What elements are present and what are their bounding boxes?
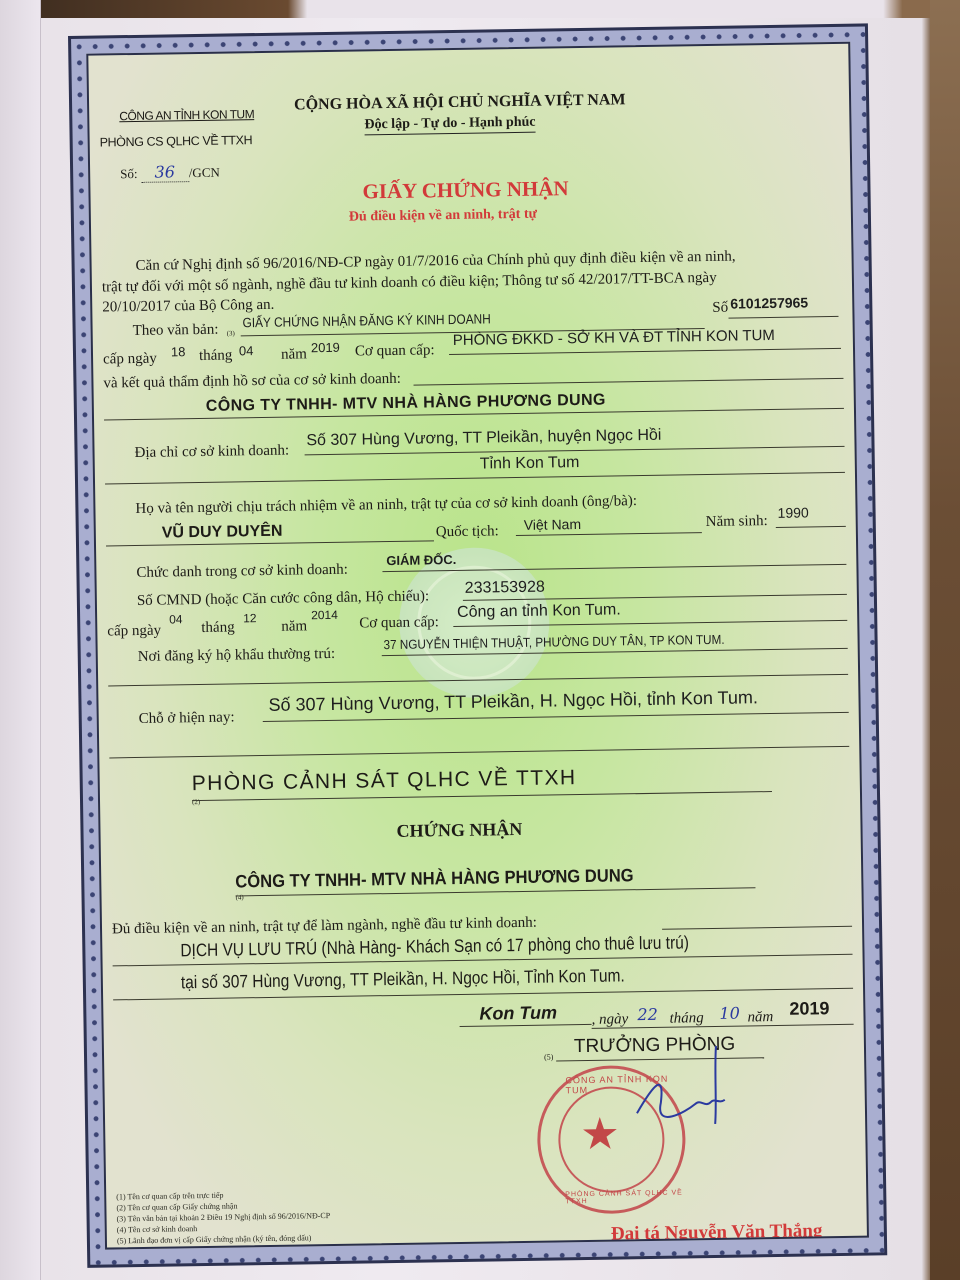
wooden-table-edge xyxy=(930,0,960,1280)
responsible-intro-label: Họ và tên người chịu trách nhiệm về an n… xyxy=(135,493,637,518)
basis-agency-label: Cơ quan cấp: xyxy=(355,342,435,360)
signature-day-label: , ngày xyxy=(591,1011,628,1029)
national-motto: Độc lập - Tự do - Hạnh phúc xyxy=(364,115,535,136)
basis-year-label: năm xyxy=(281,346,307,363)
id-month-label: tháng xyxy=(201,619,235,637)
id-issued-month: 12 xyxy=(243,611,257,625)
id-agency-label: Cơ quan cấp: xyxy=(359,614,439,632)
business-address-line2: Tỉnh Kon Tum xyxy=(480,454,580,474)
id-label: Số CMND (hoặc Căn cước công dân, Hộ chiế… xyxy=(137,588,429,610)
signature-year: 2019 xyxy=(789,998,829,1020)
document-number-value: 36 xyxy=(141,162,189,183)
id-number: 233153928 xyxy=(465,579,545,598)
preamble-line3: 20/10/2017 của Bộ Công an. xyxy=(102,297,274,317)
certificate-document: Mẫu số 01 CÔNG AN TỈNH KON TUM PHÒNG CS … xyxy=(68,23,887,1267)
signature-place: Kon Tum xyxy=(479,1002,557,1024)
certificate-subtitle: Đủ điều kiện về an ninh, trật tự xyxy=(349,207,537,226)
issuer-line1: CÔNG AN TỈNH KON TUM xyxy=(119,107,254,123)
basis-issued-label: cấp ngày xyxy=(103,351,157,369)
basis-issued-month: 04 xyxy=(239,343,254,358)
signature-day: 22 xyxy=(637,1005,658,1024)
basis-label: Theo văn bản: xyxy=(133,322,219,340)
basis-number-value: 6101257965 xyxy=(730,294,808,311)
business-address-label: Địa chỉ cơ sở kinh doanh: xyxy=(134,443,289,462)
position-value: GIÁM ĐỐC. xyxy=(386,552,456,568)
responsible-name: VŨ DUY DUYÊN xyxy=(162,523,283,543)
nationality-label: Quốc tịch: xyxy=(436,523,499,541)
document-number-label: Số: xyxy=(120,166,138,181)
signature-month: 10 xyxy=(719,1004,740,1023)
certified-company: CÔNG TY TNHH- MTV NHÀ HÀNG PHƯƠNG DUNG xyxy=(235,865,634,892)
basis-agency-value: PHÒNG ĐKKD - SỞ KH VÀ ĐT TỈNH KON TUM xyxy=(453,327,775,349)
id-issued-year: 2014 xyxy=(311,608,338,622)
business-line-2: tại số 307 Hùng Vương, TT Pleikần, H. Ng… xyxy=(181,965,625,993)
basis-document-value: GIẤY CHỨNG NHẬN ĐĂNG KÝ KINH DOANH xyxy=(242,311,490,330)
signature-month-label: tháng xyxy=(669,1010,703,1028)
title-note-ref: (5) xyxy=(544,1053,553,1062)
certificate-body: Mẫu số 01 CÔNG AN TỈNH KON TUM PHÒNG CS … xyxy=(86,42,869,1250)
certifying-authority: PHÒNG CẢNH SÁT QLHC VỀ TTXH xyxy=(192,766,577,796)
basis-number-label: Số xyxy=(712,300,728,317)
basis-issued-year: 2019 xyxy=(311,340,340,355)
nationality-value: Việt Nam xyxy=(524,516,582,533)
background-surface xyxy=(0,0,960,18)
basis-month-label: tháng xyxy=(199,347,233,365)
certification-heading: CHỨNG NHẬN xyxy=(396,819,522,842)
basis-note-ref: (3) xyxy=(227,329,235,337)
seal-bottom-text: PHÒNG CẢNH SÁT QLHC VỀ TTXH xyxy=(565,1189,683,1205)
id-issued-day: 04 xyxy=(169,612,183,626)
appraisal-label: và kết quả thẩm định hồ sơ của cơ sở kin… xyxy=(103,371,401,393)
footnotes: (1) Tên cơ quan cấp trên trực tiếp (2) T… xyxy=(116,1188,330,1246)
id-year-label: năm xyxy=(281,618,307,635)
business-address-line1: Số 307 Hùng Vương, TT Pleikần, huyện Ngọ… xyxy=(306,427,661,451)
signature-year-label: năm xyxy=(747,1009,773,1026)
id-issued-label: cấp ngày xyxy=(107,623,161,641)
form-number: Mẫu số 01 xyxy=(796,42,844,43)
current-address-value: Số 307 Hùng Vương, TT Pleikần, H. Ngọc H… xyxy=(268,687,758,716)
document-number-suffix: /GCN xyxy=(189,165,220,180)
certificate-title: GIẤY CHỨNG NHẬN xyxy=(362,176,568,204)
issuer-line2: PHÒNG CS QLHC VỀ TTXH xyxy=(100,133,253,149)
handwritten-signature-icon xyxy=(624,1042,745,1134)
permanent-address-label: Nơi đăng ký hộ khẩu thường trú: xyxy=(138,646,336,666)
position-label: Chức danh trong cơ sở kinh doanh: xyxy=(136,562,348,582)
binder-page-edge xyxy=(0,0,41,1280)
basis-issued-day: 18 xyxy=(171,344,186,359)
current-address-label: Chỗ ở hiện nay: xyxy=(139,709,235,728)
birth-year-value: 1990 xyxy=(777,504,808,520)
id-agency-value: Công an tỉnh Kon Tum. xyxy=(457,601,621,622)
footnote-5: (5) Lãnh đạo đơn vị cấp Giấy chứng nhận … xyxy=(117,1232,331,1246)
birth-year-label: Năm sinh: xyxy=(706,513,768,531)
national-title: CỘNG HÒA XÃ HỘI CHỦ NGHĨA VIỆT NAM xyxy=(294,91,626,114)
